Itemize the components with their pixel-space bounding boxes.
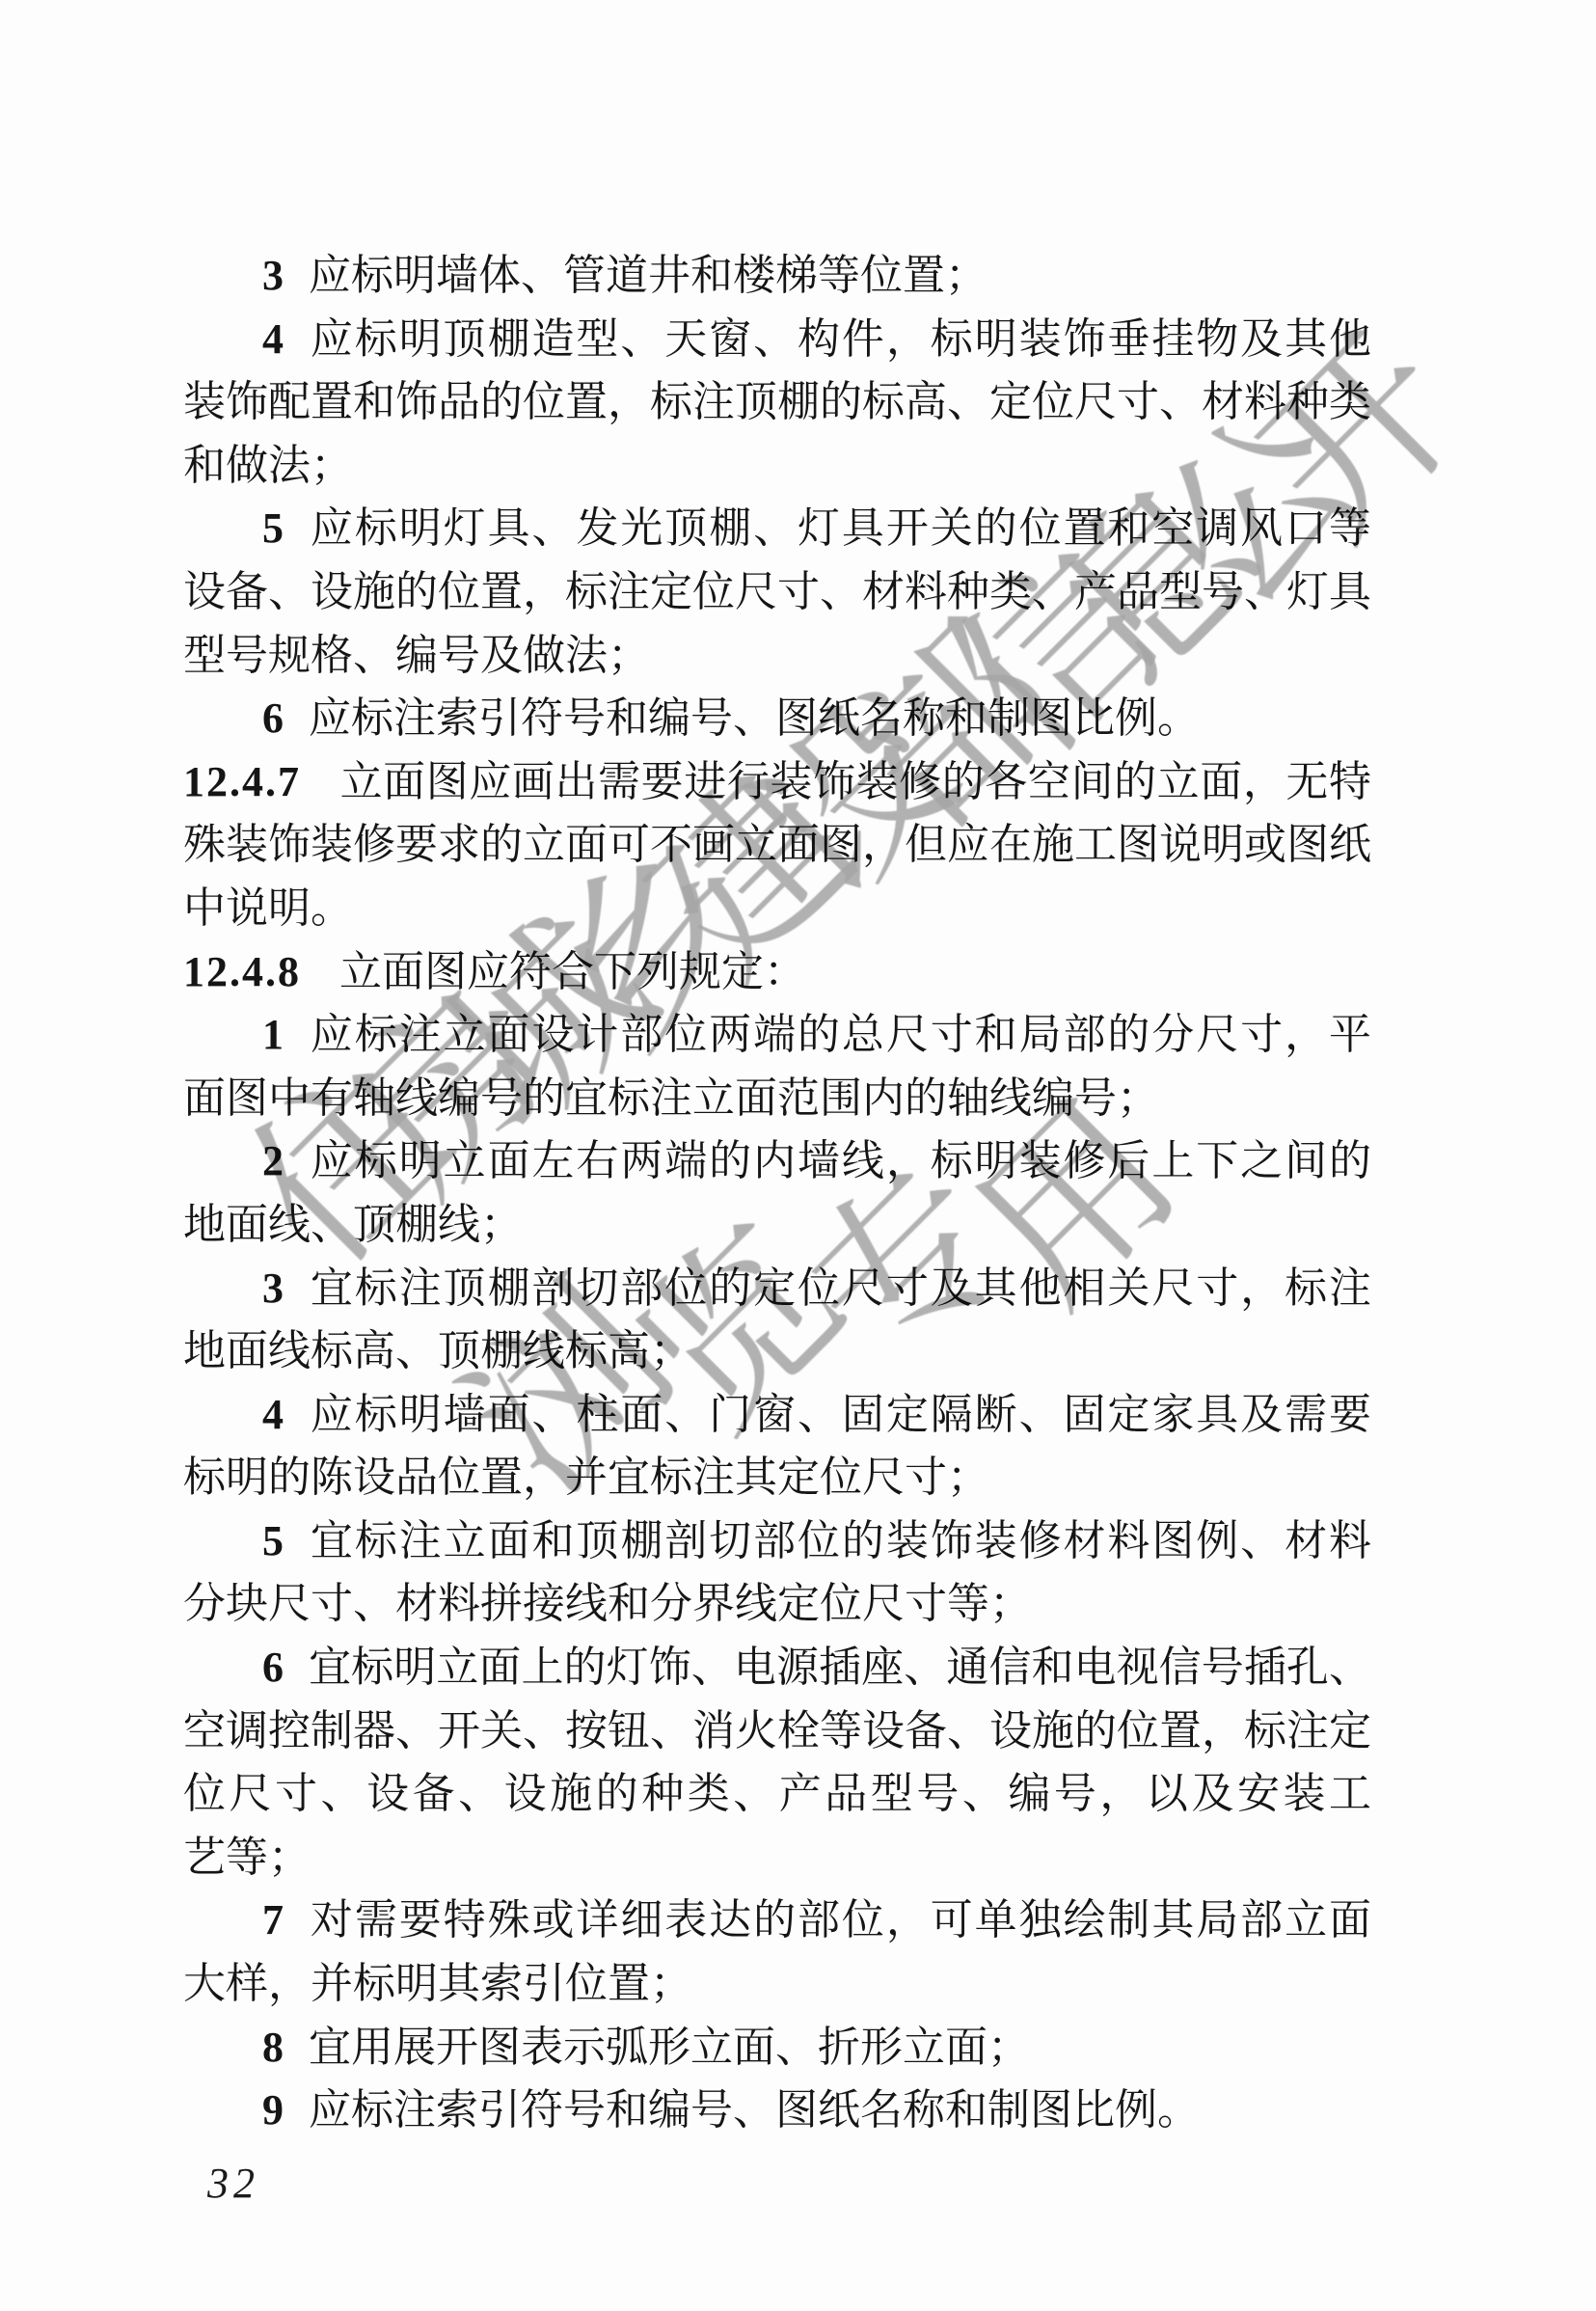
- item-number: 7: [262, 1896, 284, 1944]
- text-line: 1应标注立面设计部位两端的总尺寸和局部的分尺寸，平: [183, 1003, 1371, 1067]
- text-line: 9应标注索引符号和编号、图纸名称和制图比例。: [183, 2079, 1371, 2142]
- item-number: 5: [262, 1517, 284, 1564]
- item-number: 4: [262, 1391, 284, 1438]
- text-line: 3应标明墙体、管道井和楼梯等位置；: [183, 244, 1371, 308]
- text-line: 大样，并标明其索引位置；: [183, 1952, 1371, 2016]
- item-number: 6: [262, 694, 284, 742]
- text-line: 殊装饰装修要求的立面可不画立面图，但应在施工图说明或图纸: [183, 813, 1371, 877]
- item-number: 3: [262, 1264, 284, 1312]
- item-number: 2: [262, 1137, 284, 1184]
- item-number: 3: [262, 252, 284, 299]
- item-number: 8: [262, 2024, 284, 2071]
- text-line: 5应标明灯具、发光顶棚、灯具开关的位置和空调风口等: [183, 497, 1371, 560]
- text-line: 6应标注索引符号和编号、图纸名称和制图比例。: [183, 687, 1371, 750]
- text-line: 面图中有轴线编号的宜标注立面范围内的轴线编号；: [183, 1067, 1371, 1130]
- text-line: 4应标明墙面、柱面、门窗、固定隔断、固定家具及需要: [183, 1383, 1371, 1447]
- text-line: 12.4.8立面图应符合下列规定：: [183, 940, 1371, 1004]
- text-line: 8宜用展开图表示弧形立面、折形立面；: [183, 2016, 1371, 2080]
- text-line: 12.4.7立面图应画出需要进行装饰装修的各空间的立面，无特: [183, 750, 1371, 814]
- document-body: 3应标明墙体、管道井和楼梯等位置；4应标明顶棚造型、天窗、构件，标明装饰垂挂物及…: [183, 244, 1371, 2142]
- text-line: 艺等；: [183, 1826, 1371, 1890]
- text-line: 标明的陈设品位置，并宜标注其定位尺寸；: [183, 1446, 1371, 1509]
- item-number: 4: [262, 315, 284, 363]
- page-number: 32: [207, 2159, 259, 2208]
- text-line: 3宜标注顶棚剖切部位的定位尺寸及其他相关尺寸，标注: [183, 1257, 1371, 1320]
- text-line: 装饰配置和饰品的位置，标注顶棚的标高、定位尺寸、材料种类: [183, 370, 1371, 434]
- clause-number: 12.4.7: [183, 758, 301, 805]
- page: 住房城乡建设部信息公开浏览专用 3应标明墙体、管道井和楼梯等位置；4应标明顶棚造…: [0, 0, 1596, 2311]
- text-line: 地面线标高、顶棚线标高；: [183, 1319, 1371, 1383]
- text-line: 型号规格、编号及做法；: [183, 624, 1371, 688]
- clause-number: 12.4.8: [183, 948, 301, 995]
- item-number: 1: [262, 1011, 284, 1058]
- text-line: 和做法；: [183, 434, 1371, 498]
- text-line: 7对需要特殊或详细表达的部位，可单独绘制其局部立面: [183, 1889, 1371, 1952]
- item-number: 9: [262, 2086, 284, 2134]
- text-line: 位尺寸、设备、设施的种类、产品型号、编号，以及安装工: [183, 1762, 1371, 1826]
- text-line: 分块尺寸、材料拼接线和分界线定位尺寸等；: [183, 1572, 1371, 1636]
- item-number: 5: [262, 504, 284, 552]
- text-line: 空调控制器、开关、按钮、消火栓等设备、设施的位置，标注定: [183, 1699, 1371, 1763]
- text-line: 4应标明顶棚造型、天窗、构件，标明装饰垂挂物及其他: [183, 308, 1371, 371]
- item-number: 6: [262, 1644, 284, 1691]
- text-line: 中说明。: [183, 877, 1371, 940]
- text-line: 设备、设施的位置，标注定位尺寸、材料种类、产品型号、灯具: [183, 560, 1371, 624]
- text-line: 6宜标明立面上的灯饰、电源插座、通信和电视信号插孔、: [183, 1636, 1371, 1699]
- text-line: 2应标明立面左右两端的内墙线，标明装修后上下之间的: [183, 1129, 1371, 1193]
- text-line: 地面线、顶棚线；: [183, 1193, 1371, 1257]
- text-line: 5宜标注立面和顶棚剖切部位的装饰装修材料图例、材料: [183, 1509, 1371, 1573]
